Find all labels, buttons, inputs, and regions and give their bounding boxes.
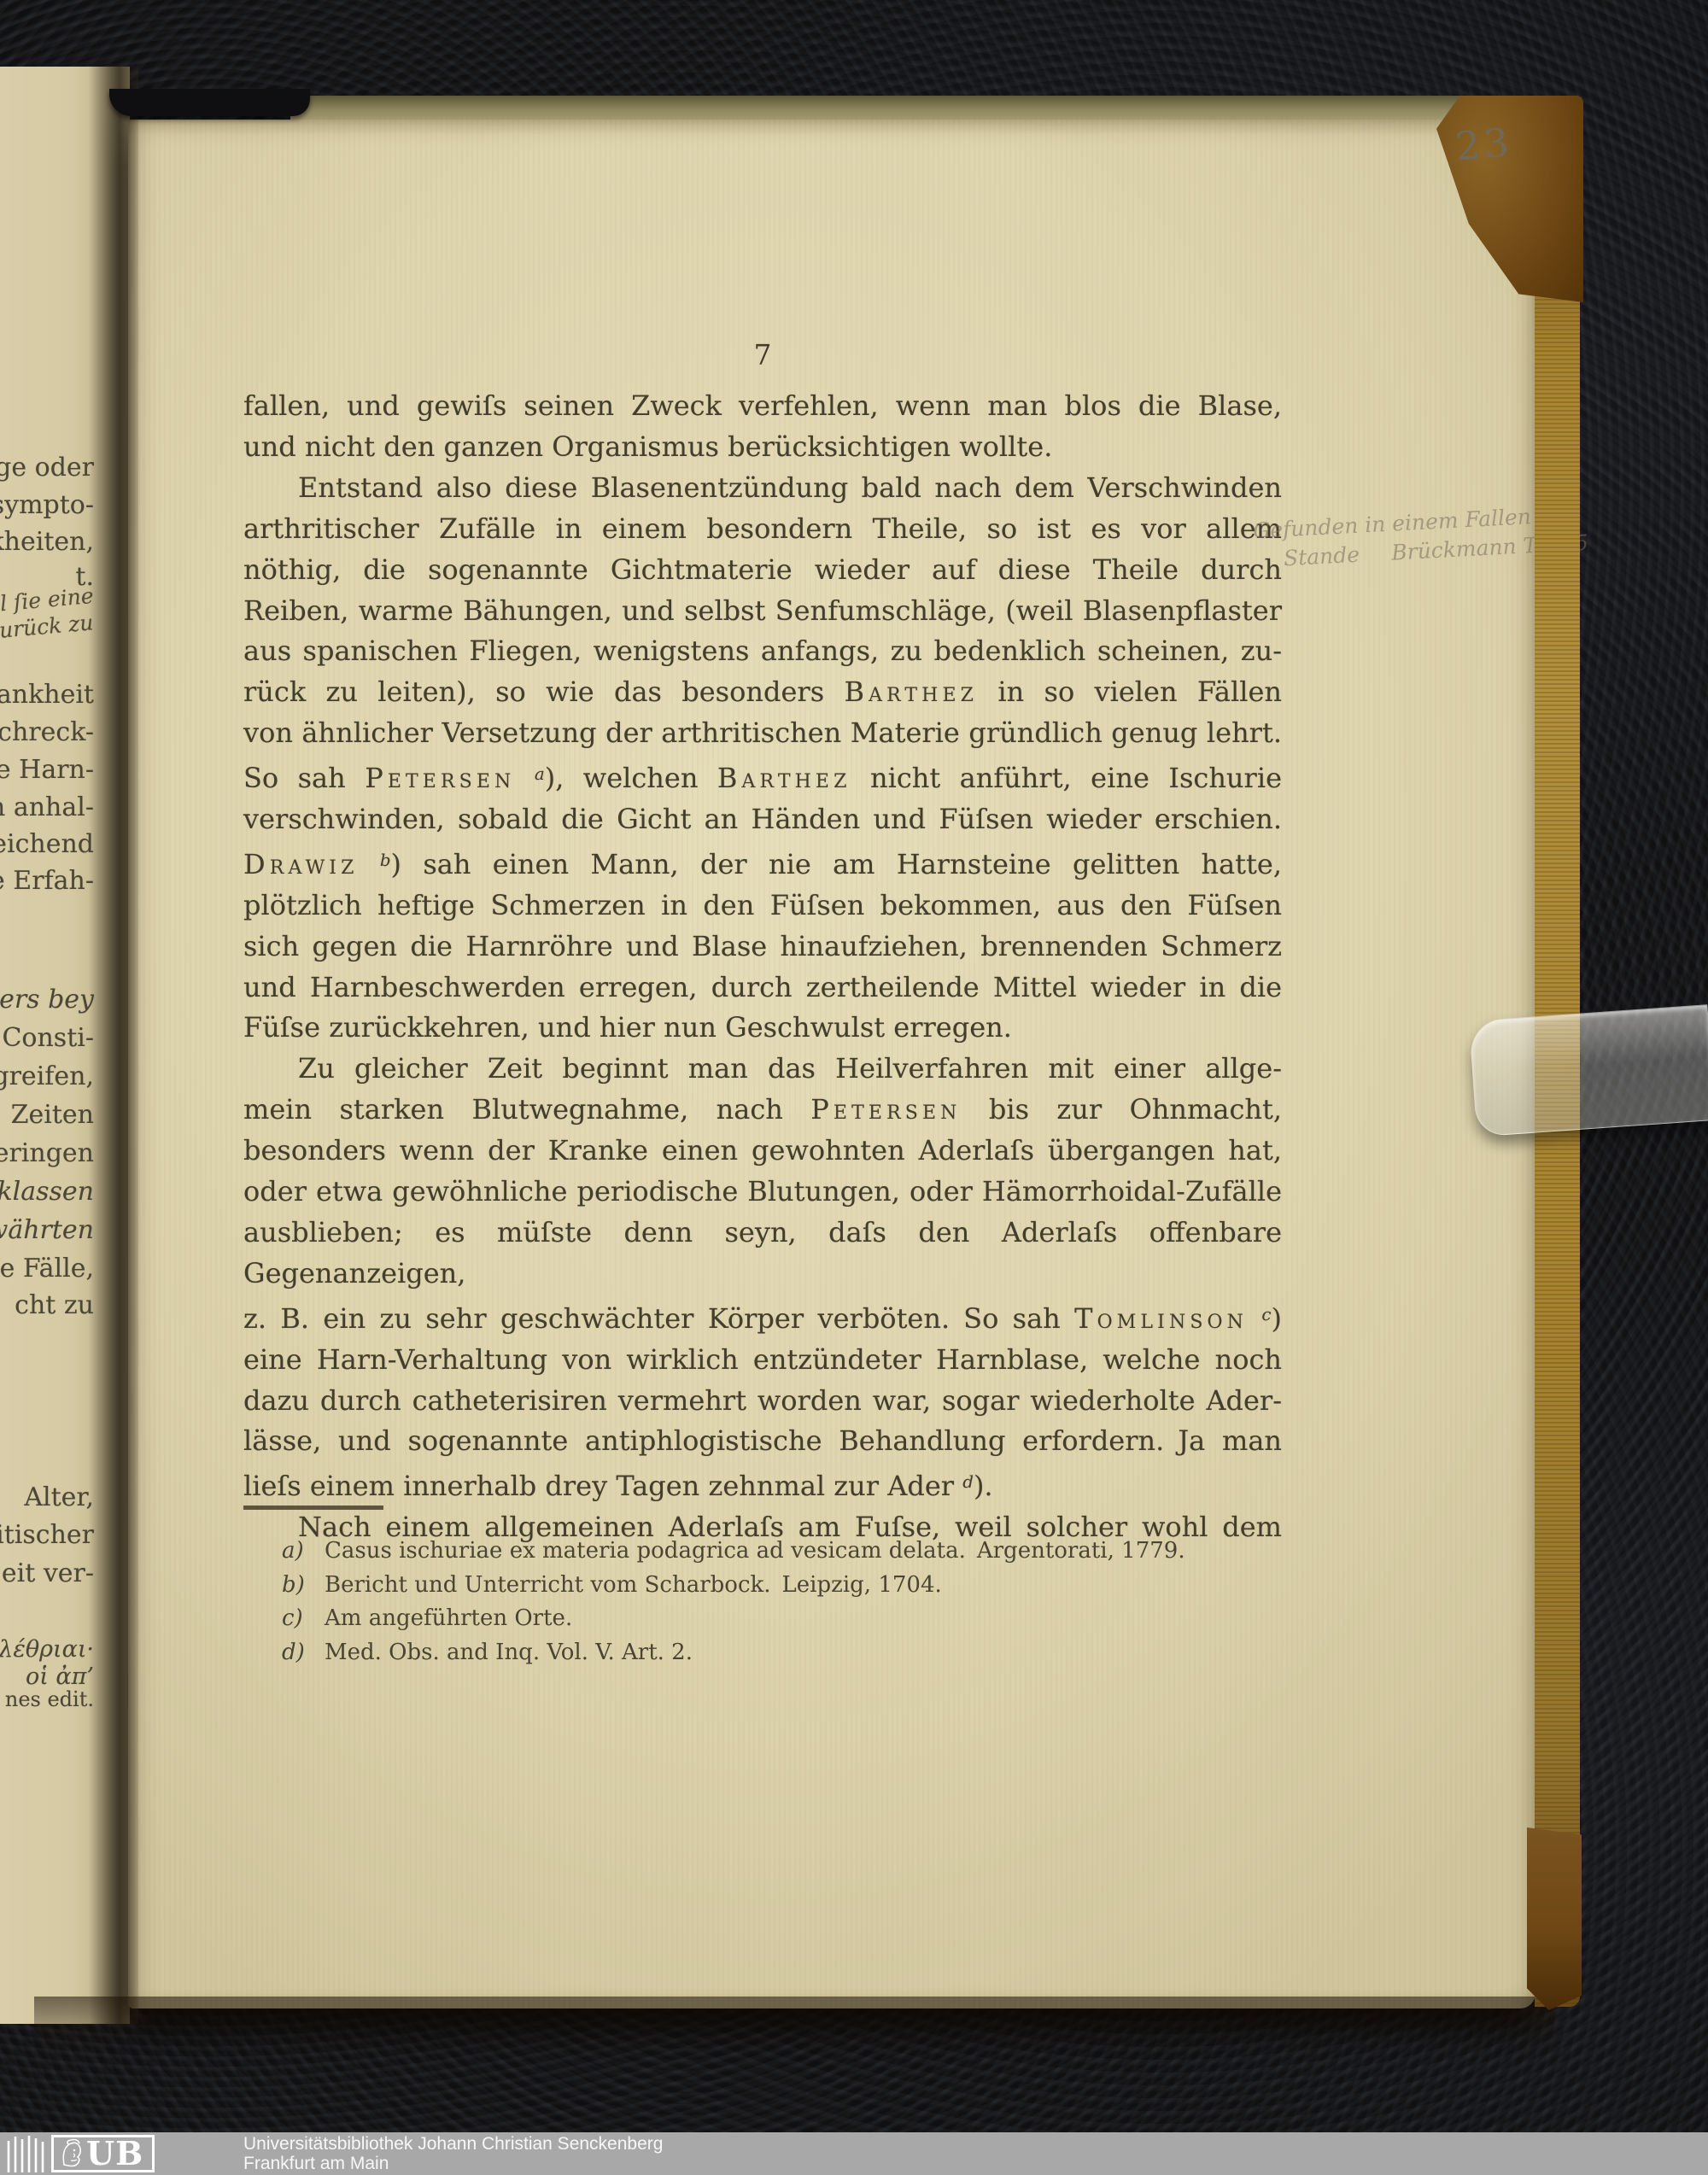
text-line: verschwinden, sobald die Gicht an Händen… — [243, 799, 1282, 840]
text-line: eine Harn-Verhaltung von wirklich entzün… — [243, 1340, 1282, 1381]
printed-fragment: nes edit. — [5, 1687, 94, 1711]
text-run: sich gegen die Harnröhre und Blase hinau… — [243, 930, 1282, 962]
text-run: arthritischer Zufälle in einem besondern… — [243, 512, 1282, 545]
book-scan: ftige oderur sympto-ankheiten,t.il ſie e… — [0, 0, 1708, 2175]
text-run: in so vielen Fällen — [978, 675, 1282, 708]
text-run: mein starken Blutwegnahme, nach — [243, 1093, 810, 1126]
text-line: arthritischer Zufälle in einem besondern… — [243, 509, 1282, 550]
author-name: Tomlinson — [1074, 1302, 1248, 1335]
footnote-separator-rule — [243, 1506, 383, 1510]
text-run: ) — [1272, 1302, 1282, 1335]
logo-frame: UB — [51, 2135, 155, 2172]
author-name: Petersen — [365, 762, 515, 794]
text-line: So sah Petersen a), welchen Barthez nich… — [243, 754, 1282, 799]
institution-name: Universitätsbibliothek Johann Christian … — [243, 2134, 663, 2173]
text-line: besonders wenn der Kranke einen gewohnte… — [243, 1131, 1282, 1172]
text-line: dazu durch catheterisiren vermehrt worde… — [243, 1381, 1282, 1422]
printed-fragment: nreichend — [0, 829, 94, 859]
text-run: So sah — [243, 762, 365, 794]
printed-fragment: greifen, — [0, 1061, 94, 1091]
text-run: nicht anführt, eine Ischurie — [851, 762, 1282, 794]
text-run: lieſs einem innerhalb drey Tagen zehnmal… — [243, 1470, 962, 1502]
footnote-text: Bericht und Unterricht vom Scharbock. Le… — [325, 1569, 942, 1603]
text-run: bis zur Ohnmacht, — [962, 1093, 1283, 1126]
leather-edge-overhang — [109, 89, 310, 116]
text-line: lieſs einem innerhalb drey Tagen zehnmal… — [243, 1462, 1282, 1507]
footnote-label: c) — [282, 1602, 325, 1636]
printed-fragment: eit ver- — [2, 1558, 94, 1588]
footnote-item: d)Med. Obs. and Inq. Vol. V. Art. 2. — [282, 1636, 1264, 1670]
printed-fragment: e Fälle, — [0, 1254, 94, 1283]
printed-fragment: e schreck- — [0, 717, 94, 747]
printed-fragment: cht zu — [15, 1290, 94, 1320]
text-line: Reiben, warme Bähungen, und selbst Senfu… — [243, 591, 1282, 632]
printed-fragment: m anhal- — [0, 792, 94, 822]
text-line: mein starken Blutwegnahme, nach Petersen… — [243, 1090, 1282, 1131]
text-run: ausblieben; es müſste denn seyn, daſs de… — [243, 1216, 1282, 1289]
text-line: und Harnbeschwerden erregen, durch zerth… — [243, 968, 1282, 1009]
previous-page-text-fragments: ftige oderur sympto-ankheiten,t.il ſie e… — [0, 67, 101, 1860]
footnote-label: a) — [282, 1535, 325, 1569]
footnote-item: c)Am angeführten Orte. — [282, 1602, 1264, 1636]
book-spines-icon — [5, 2135, 48, 2172]
text-line: aus spanischen Fliegen, wenigstens anfan… — [243, 631, 1282, 672]
damaged-corner-bottom-right — [1527, 1827, 1582, 2010]
handwritten-fragment: den zurück zu — [0, 610, 95, 647]
text-line: Füſse zurückkehren, und hier nun Geschwu… — [243, 1008, 1282, 1049]
text-line: z. B. ein zu sehr geschwächter Körper ve… — [243, 1295, 1282, 1340]
footnote-marker: c — [1261, 1305, 1271, 1324]
printed-fragment: geringen — [0, 1138, 94, 1168]
text-run: Entstand also diese Blasenentzündung bal… — [298, 471, 1282, 504]
printed-fragment: Alter, — [24, 1482, 94, 1512]
text-line: nöthig, die sogenannte Gichtmaterie wied… — [243, 550, 1282, 591]
footnote-item: a)Casus ischuriae ex materia podagrica a… — [282, 1535, 1264, 1569]
author-name: Barthez — [844, 675, 978, 708]
page-bottom-shadow — [34, 1997, 1554, 2056]
printed-fragment: währten — [0, 1215, 94, 1245]
text-line: sich gegen die Harnröhre und Blase hinau… — [243, 927, 1282, 968]
text-line: Entstand also diese Blasenentzündung bal… — [243, 468, 1282, 509]
footnote-label: b) — [282, 1569, 325, 1603]
text-run: Füſse zurückkehren, und hier nun Geschwu… — [243, 1011, 1012, 1044]
text-line: plötzlich heftige Schmerzen in den Füſse… — [243, 886, 1282, 927]
text-line: oder etwa gewöhnliche periodische Blutun… — [243, 1172, 1282, 1213]
text-run: fallen, und gewiſs seinen Zweck verfehle… — [243, 389, 1282, 422]
text-run: ), welchen — [545, 762, 717, 794]
text-run: und nicht den ganzen Organismus berücksi… — [243, 430, 1052, 463]
pencil-folio-number: 23 — [1454, 115, 1551, 169]
footnote-marker: d — [962, 1472, 974, 1492]
institution-line1: Universitätsbibliothek Johann Christian … — [243, 2134, 663, 2154]
text-run: ). — [974, 1470, 993, 1502]
text-line: lässe, und sogenannte antiphlogistische … — [243, 1421, 1282, 1462]
text-run — [359, 848, 380, 880]
printed-fragment: de Harn- — [0, 755, 94, 785]
text-run: verschwinden, sobald die Gicht an Händen… — [243, 803, 1282, 835]
printed-fragment: Zeiten — [11, 1100, 94, 1130]
text-line: und nicht den ganzen Organismus berücksi… — [243, 427, 1282, 468]
text-run: dazu durch catheterisiren vermehrt worde… — [243, 1384, 1282, 1417]
text-run: Zu gleicher Zeit beginnt man das Heilver… — [298, 1052, 1282, 1085]
text-run: oder etwa gewöhnliche periodische Blutun… — [243, 1175, 1282, 1207]
text-run: rück zu leiten), so wie das besonders — [243, 675, 844, 708]
text-run: eine Harn-Verhaltung von wirklich entzün… — [243, 1343, 1282, 1376]
text-run: z. B. ein zu sehr geschwächter Körper ve… — [243, 1302, 1074, 1335]
text-line: rück zu leiten), so wie das besonders Ba… — [243, 672, 1282, 713]
text-run — [515, 762, 534, 794]
footnote-item: b)Bericht und Unterricht vom Scharbock. … — [282, 1569, 1264, 1603]
author-name: Drawiz — [243, 848, 359, 880]
gutter-shadow — [89, 67, 138, 2024]
text-line: ausblieben; es müſste denn seyn, daſs de… — [243, 1213, 1282, 1295]
footnotes-block: a)Casus ischuriae ex materia podagrica a… — [282, 1535, 1264, 1669]
logo-acronym: UB — [86, 2137, 143, 2170]
footnote-marker: a — [535, 764, 545, 784]
text-line: Zu gleicher Zeit beginnt man das Heilver… — [243, 1049, 1282, 1090]
printed-fragment: ankheiten, — [0, 527, 94, 557]
institution-line2: Frankfurt am Main — [243, 2154, 663, 2173]
printed-fragment: itischer — [0, 1520, 94, 1550]
printed-fragment: οἱ ἀπ’ — [26, 1663, 94, 1690]
printed-fragment: le Erfah- — [0, 866, 94, 896]
printed-fragment: ur sympto- — [0, 490, 94, 520]
footnote-label: d) — [282, 1636, 325, 1670]
footnote-text: Casus ischuriae ex materia podagrica ad … — [325, 1535, 1185, 1569]
printed-fragment: λέθριαι· — [0, 1636, 94, 1663]
footnote-text: Med. Obs. and Inq. Vol. V. Art. 2. — [325, 1636, 693, 1670]
plastic-page-holder-clip — [1469, 1004, 1708, 1137]
printed-fragment: Consti- — [2, 1023, 94, 1053]
text-run: ) sah einen Mann, der nie am Harnsteine … — [391, 848, 1282, 880]
text-run: und Harnbeschwerden erregen, durch zerth… — [243, 971, 1282, 1003]
text-run: Reiben, warme Bähungen, und selbst Senfu… — [243, 594, 1282, 627]
author-name: Petersen — [810, 1093, 961, 1126]
text-line: Drawiz b) sah einen Mann, der nie am Har… — [243, 840, 1282, 886]
footnote-marker: b — [380, 851, 391, 870]
text-run: besonders wenn der Kranke einen gewohnte… — [243, 1134, 1282, 1166]
main-text-block: fallen, und gewiſs seinen Zweck verfehle… — [243, 386, 1282, 1548]
footnote-text: Am angeführten Orte. — [325, 1602, 572, 1636]
author-name: Barthez — [717, 762, 851, 794]
printed-fragment: ftige oder — [0, 453, 94, 482]
library-logo: UB — [5, 2135, 155, 2172]
text-run: nöthig, die sogenannte Gichtmaterie wied… — [243, 553, 1282, 586]
goethe-portrait-icon — [57, 2137, 86, 2170]
text-run: plötzlich heftige Schmerzen in den Füſse… — [243, 889, 1282, 921]
text-line: von ähnlicher Versetzung der arthritisch… — [243, 713, 1282, 754]
printed-page-number: 7 — [243, 338, 1282, 371]
text-run — [1248, 1302, 1261, 1335]
text-run: lässe, und sogenannte antiphlogistische … — [243, 1424, 1282, 1457]
text-run: von ähnlicher Versetzung der arthritisch… — [243, 716, 1282, 749]
text-run: aus spanischen Fliegen, wenigstens anfan… — [243, 634, 1282, 667]
text-line: fallen, und gewiſs seinen Zweck verfehle… — [243, 386, 1282, 427]
printed-fragment: Krankheit — [0, 680, 94, 710]
printed-fragment: cklassen — [0, 1177, 94, 1207]
library-footer-bar: UB Universitätsbibliothek Johann Christi… — [0, 2132, 1708, 2175]
printed-fragment: lers bey — [0, 985, 94, 1014]
